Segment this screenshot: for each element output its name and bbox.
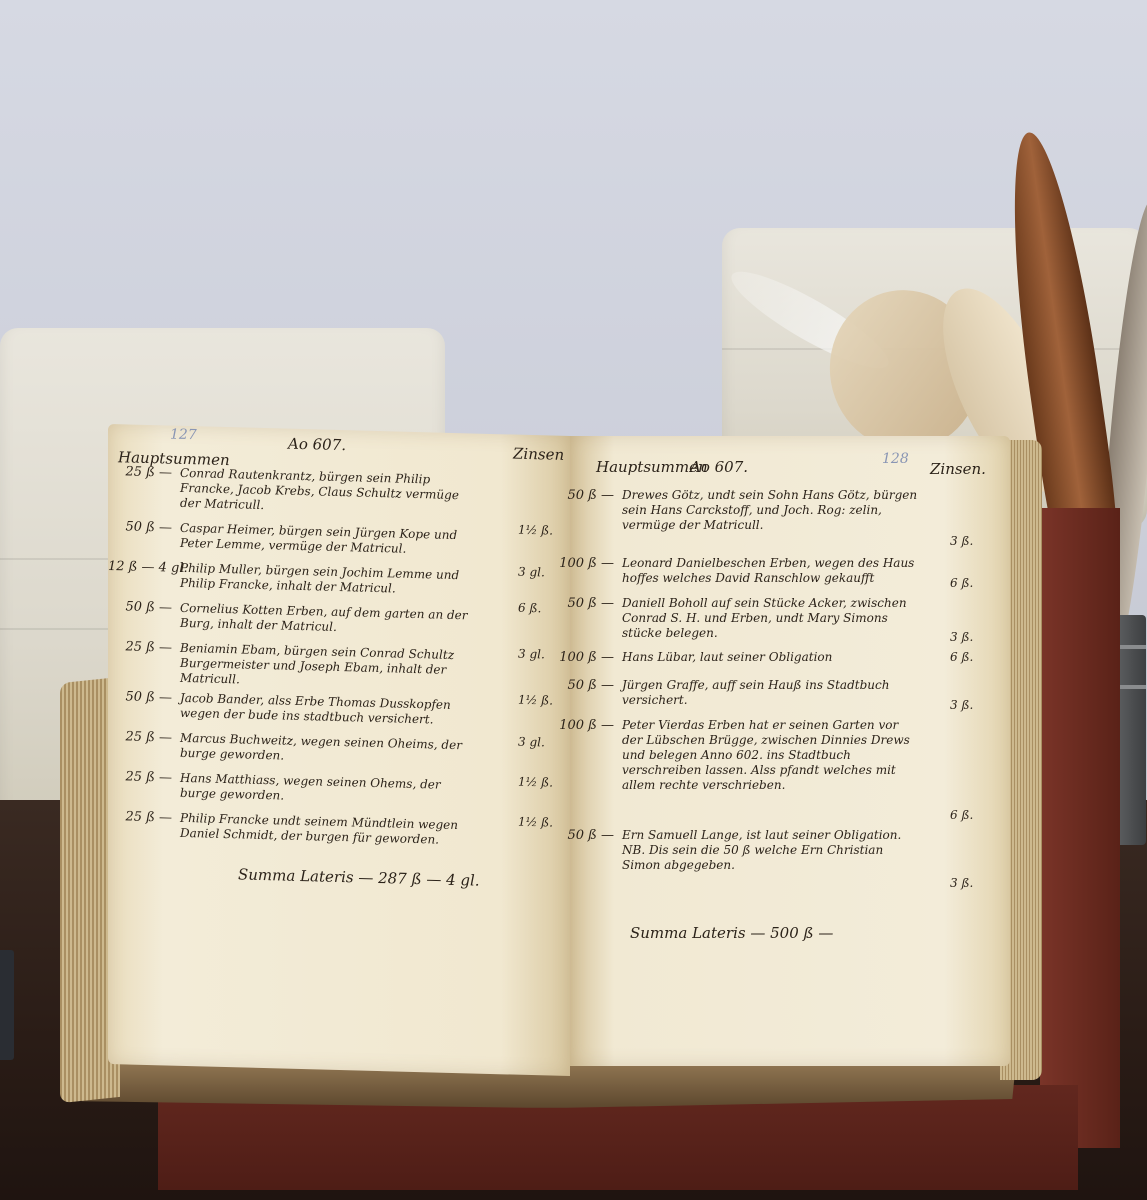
entry-interest: 3 ß.	[950, 698, 973, 713]
entry-interest: 3 ß.	[950, 876, 973, 891]
entry-text: Daniell Boholl auf sein Stücke Acker, zw…	[622, 596, 922, 641]
ledger-entry: 25 ß — Hans Matthiass, wegen seinen Ohem…	[108, 769, 480, 809]
ledger-entry: 100 ß — Peter Vierdas Erben hat er seine…	[550, 718, 922, 793]
entry-amount: 25 ß —	[108, 809, 172, 826]
entry-text: Ern Samuell Lange, ist laut seiner Oblig…	[622, 828, 922, 873]
ledger-entry: 50 ß — Jürgen Graffe, auff sein Hauß ins…	[550, 678, 922, 708]
entry-amount: 25 ß —	[108, 639, 172, 656]
summa-value: — 287 ß — 4 gl.	[358, 869, 479, 890]
ledger-entry: 100 ß — Leonard Danielbeschen Erben, weg…	[550, 556, 922, 586]
entry-amount: 50 ß —	[108, 519, 172, 536]
entry-interest: 3 gl.	[518, 735, 545, 751]
entry-interest: 3 ß.	[950, 630, 973, 645]
entry-interest: 1½ ß.	[518, 775, 553, 791]
book-stand-back	[1040, 508, 1120, 1148]
entry-interest: 6 ß.	[950, 808, 973, 823]
ledger-entry: 50 ß — Cornelius Kotten Erben, auf dem g…	[108, 599, 480, 639]
entry-interest: 3 gl.	[518, 565, 545, 581]
entry-amount: 50 ß —	[550, 828, 614, 843]
summa-label: Summa Lateris	[630, 924, 746, 942]
entry-text: Conrad Rautenkrantz, bürgen sein Philip …	[180, 466, 480, 519]
entry-amount: 100 ß —	[550, 650, 614, 665]
entry-interest: 6 ß.	[950, 650, 973, 665]
entry-text: Jacob Bander, alss Erbe Thomas Dusskopfe…	[180, 691, 480, 729]
entry-interest: 1½ ß.	[518, 523, 553, 539]
ledger-entry: 50 ß — Caspar Heimer, bürgen sein Jürgen…	[108, 519, 480, 559]
entry-text: Hans Lübar, laut seiner Obligation	[622, 650, 922, 665]
entry-text: Drewes Götz, undt sein Sohn Hans Götz, b…	[622, 488, 922, 533]
entry-amount: 50 ß —	[550, 678, 614, 693]
ledger-page-left: 127 Hauptsummen Ao 607. Zinsen 25 ß — Co…	[108, 424, 570, 1076]
summa-lateris: Summa Lateris — 287 ß — 4 gl.	[238, 867, 480, 888]
summa-lateris: Summa Lateris — 500 ß —	[630, 926, 833, 941]
column-header-interest: Zinsen.	[930, 462, 986, 477]
folio-number: 127	[170, 428, 197, 444]
year-header: Ao 607.	[288, 437, 346, 454]
ledger-entry: 50 ß — Ern Samuell Lange, ist laut seine…	[550, 828, 922, 873]
summa-label: Summa Lateris	[238, 865, 354, 886]
entry-amount: 50 ß —	[550, 488, 614, 503]
entry-interest: 1½ ß.	[518, 693, 553, 709]
entry-text: Hans Matthiass, wegen seinen Ohems, der …	[180, 771, 480, 809]
ledger-entry: 12 ß — 4 gl. Philip Muller, bürgen sein …	[108, 559, 480, 599]
entry-amount: 25 ß —	[108, 729, 172, 746]
entry-text: Beniamin Ebam, bürgen sein Conrad Schult…	[180, 641, 480, 694]
entry-amount: 100 ß —	[550, 556, 614, 571]
entry-text: Philip Muller, bürgen sein Jochim Lemme …	[180, 561, 480, 599]
year-header: Ao 607.	[690, 460, 748, 475]
entry-text: Jürgen Graffe, auff sein Hauß ins Stadtb…	[622, 678, 922, 708]
entry-text: Philip Francke undt seinem Mündtlein weg…	[180, 811, 480, 849]
folio-number: 128	[882, 452, 909, 467]
ledger-entry: 50 ß — Jacob Bander, alss Erbe Thomas Du…	[108, 689, 480, 729]
entry-amount: 25 ß —	[108, 769, 172, 786]
device-edge	[0, 950, 14, 1060]
entry-text: Marcus Buchweitz, wegen seinen Oheims, d…	[180, 731, 480, 769]
entry-interest: 3 ß.	[950, 534, 973, 549]
entry-interest: 6 ß.	[950, 576, 973, 591]
column-header-interest: Zinsen	[513, 447, 564, 463]
entry-amount: 12 ß — 4 gl.	[108, 559, 172, 576]
entry-amount: 100 ß —	[550, 718, 614, 733]
entry-text: Caspar Heimer, bürgen sein Jürgen Kope u…	[180, 521, 480, 559]
entry-amount: 50 ß —	[550, 596, 614, 611]
entry-interest: 3 gl.	[518, 647, 545, 663]
entry-interest: 1½ ß.	[518, 815, 553, 831]
ledger-entry: 100 ß — Hans Lübar, laut seiner Obligati…	[550, 650, 922, 665]
ledger-entry: 50 ß — Daniell Boholl auf sein Stücke Ac…	[550, 596, 922, 641]
entry-text: Leonard Danielbeschen Erben, wegen des H…	[622, 556, 922, 586]
ledger-page-right: Hauptsummen Ao 607. 128 Zinsen. 50 ß — D…	[570, 436, 1010, 1066]
ledger-entry: 25 ß — Marcus Buchweitz, wegen seinen Oh…	[108, 729, 480, 769]
ledger-entry: 25 ß — Beniamin Ebam, bürgen sein Conrad…	[108, 639, 480, 694]
entry-interest: 6 ß.	[518, 601, 541, 617]
entry-amount: 50 ß —	[108, 689, 172, 706]
summa-value: — 500 ß —	[750, 924, 833, 942]
entry-text: Cornelius Kotten Erben, auf dem garten a…	[180, 601, 480, 639]
entry-amount: 25 ß —	[108, 464, 172, 481]
ledger-entry: 25 ß — Conrad Rautenkrantz, bürgen sein …	[108, 464, 480, 519]
entry-text: Peter Vierdas Erben hat er seinen Garten…	[622, 718, 922, 793]
ledger-entry: 50 ß — Drewes Götz, undt sein Sohn Hans …	[550, 488, 922, 533]
ledger-entry: 25 ß — Philip Francke undt seinem Mündtl…	[108, 809, 480, 849]
entry-amount: 50 ß —	[108, 599, 172, 616]
